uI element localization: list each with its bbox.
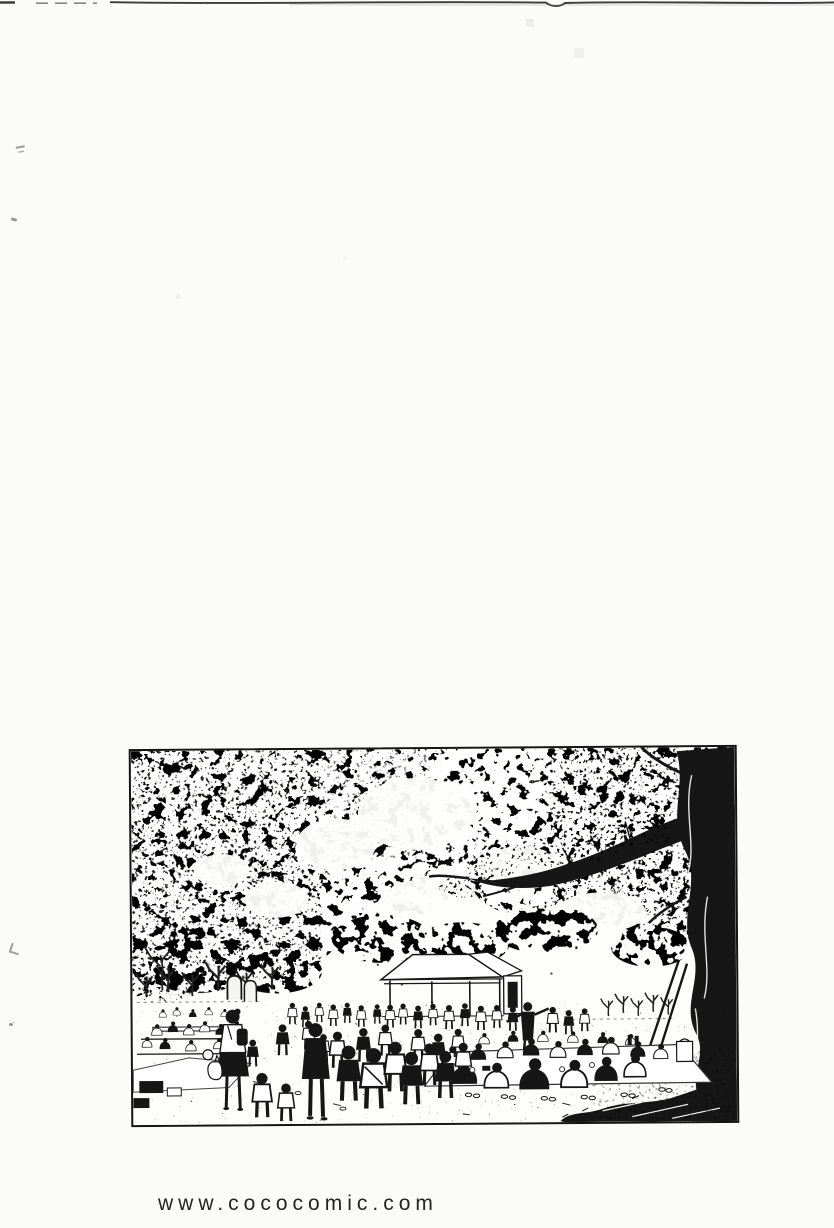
dust-speck bbox=[9, 943, 22, 956]
panel-illustration bbox=[131, 747, 738, 1125]
plastic-bag bbox=[208, 1062, 222, 1080]
dust-speck bbox=[343, 257, 347, 260]
dust-speck bbox=[574, 48, 584, 58]
manga-panel bbox=[129, 745, 740, 1127]
dust-speck bbox=[176, 294, 181, 299]
dust-speck bbox=[9, 1023, 13, 1026]
watermark-text: www.cococomic.com bbox=[158, 1192, 438, 1216]
dust-speck bbox=[16, 145, 26, 151]
dust-speck bbox=[11, 217, 18, 221]
manga-page: www.cococomic.com bbox=[0, 0, 834, 1228]
dust-speck bbox=[526, 19, 534, 27]
scan-edge-artifact bbox=[0, 0, 834, 10]
